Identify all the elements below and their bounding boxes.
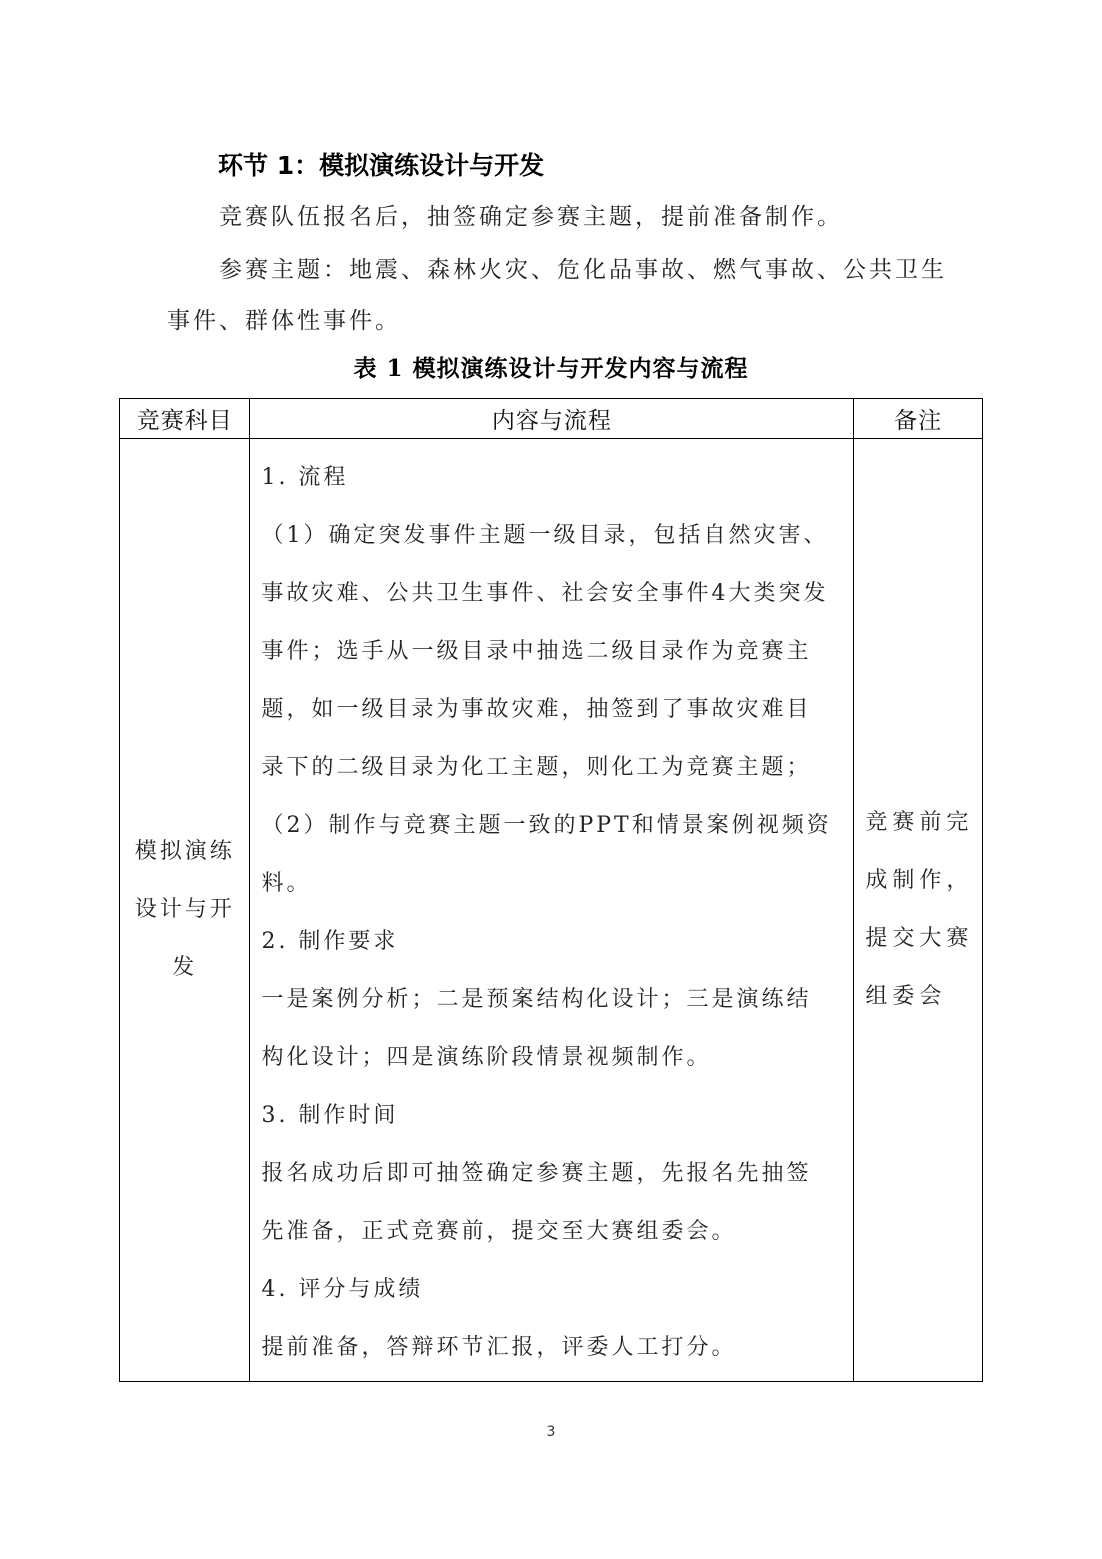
content-table: 竞赛科目 内容与流程 备注 模拟演练 设计与开 发 1. 流程 （1）确定突发事…	[119, 398, 983, 1382]
note-line: 组委会	[865, 968, 974, 1026]
table-header-row: 竞赛科目 内容与流程 备注	[120, 399, 983, 439]
content-line: 一是案例分析；二是预案结构化设计；三是演练结	[261, 971, 853, 1029]
note-line: 提交大赛	[865, 910, 974, 968]
note-line: 成制作，	[865, 852, 974, 910]
content-line: 料。	[261, 855, 853, 913]
content-line: （1）确定突发事件主题一级目录，包括自然灾害、	[261, 507, 853, 565]
content-line: （2）制作与竞赛主题一致的PPT和情景案例视频资	[261, 797, 853, 855]
intro-paragraph-2: 参赛主题：地震、森林火灾、危化品事故、燃气事故、公共卫生	[219, 253, 947, 287]
table-row: 模拟演练 设计与开 发 1. 流程 （1）确定突发事件主题一级目录，包括自然灾害…	[120, 439, 983, 1382]
header-note: 备注	[854, 399, 983, 439]
intro-paragraph-2-cont: 事件、群体性事件。	[167, 304, 401, 338]
subject-cell: 模拟演练 设计与开 发	[120, 439, 250, 1382]
content-line: 先准备，正式竞赛前，提交至大赛组委会。	[261, 1203, 853, 1261]
content-line: 题，如一级目录为事故灾难，抽签到了事故灾难目	[261, 681, 853, 739]
content-line: 提前准备，答辩环节汇报，评委人工打分。	[261, 1319, 853, 1377]
note-line: 竞赛前完	[865, 794, 974, 852]
content-cell: 1. 流程 （1）确定突发事件主题一级目录，包括自然灾害、 事故灾难、公共卫生事…	[250, 439, 854, 1382]
header-content: 内容与流程	[250, 399, 854, 439]
table-caption: 表 1 模拟演练设计与开发内容与流程	[0, 352, 1102, 386]
content-line: 构化设计；四是演练阶段情景视频制作。	[261, 1029, 853, 1087]
content-line: 4. 评分与成绩	[261, 1261, 853, 1319]
section-heading: 环节 1：模拟演练设计与开发	[218, 148, 544, 184]
subject-line: 设计与开	[128, 881, 241, 939]
content-line: 1. 流程	[261, 449, 853, 507]
subject-line: 发	[128, 939, 241, 997]
intro-paragraph-1: 竞赛队伍报名后，抽签确定参赛主题，提前准备制作。	[219, 200, 843, 234]
note-cell: 竞赛前完 成制作， 提交大赛 组委会	[854, 439, 983, 1382]
subject-line: 模拟演练	[128, 823, 241, 881]
content-line: 事故灾难、公共卫生事件、社会安全事件4大类突发	[261, 565, 853, 623]
content-line: 报名成功后即可抽签确定参赛主题，先报名先抽签	[261, 1145, 853, 1203]
content-line: 3. 制作时间	[261, 1087, 853, 1145]
content-line: 录下的二级目录为化工主题，则化工为竞赛主题；	[261, 739, 853, 797]
content-line: 2. 制作要求	[261, 913, 853, 971]
content-line: 事件；选手从一级目录中抽选二级目录作为竞赛主	[261, 623, 853, 681]
page-number: 3	[0, 1424, 1102, 1440]
header-subject: 竞赛科目	[120, 399, 250, 439]
